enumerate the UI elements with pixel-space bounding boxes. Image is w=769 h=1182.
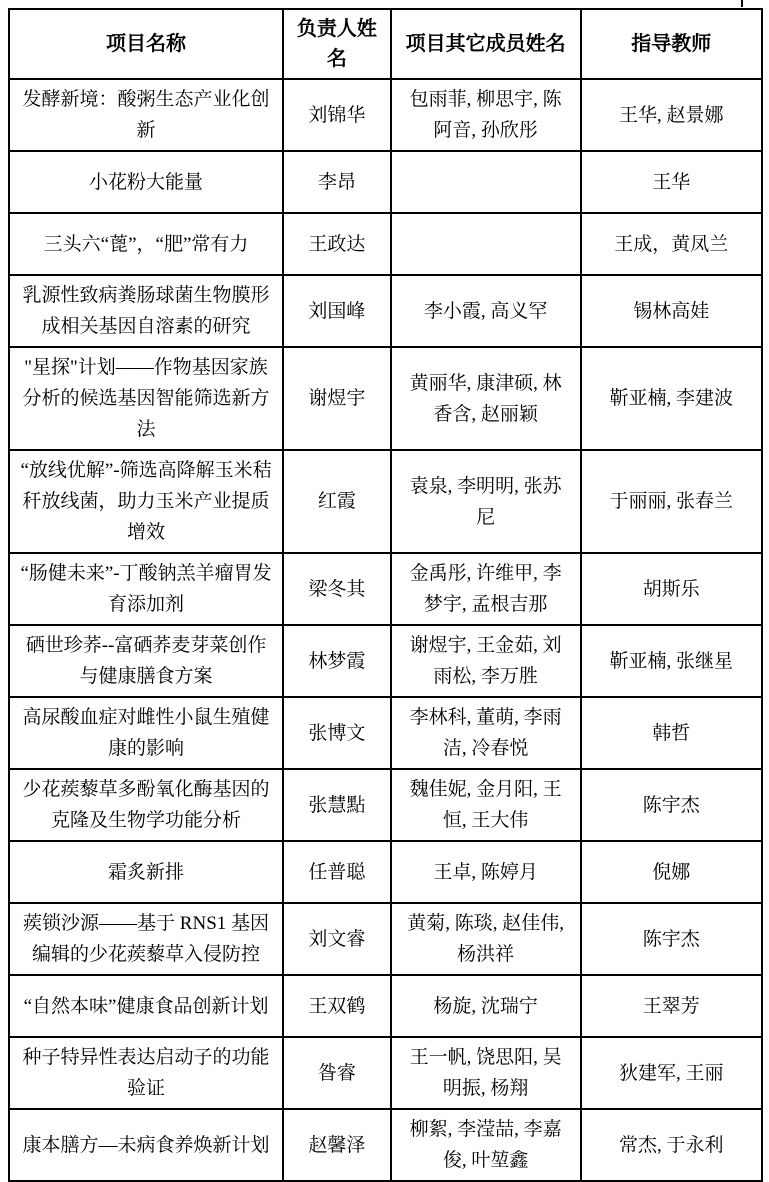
table-row: 三头六“蓖”，“肥”常有力王政达王成，黄凤兰 [9, 213, 762, 275]
project-name-cell: 小花粉大能量 [9, 151, 283, 213]
project-name-cell: "星探"计划——作物基因家族分析的候选基因智能筛选新方法 [9, 347, 283, 450]
project-name-cell: 三头六“蓖”，“肥”常有力 [9, 213, 283, 275]
leader-name-cell: 赵馨泽 [283, 1109, 391, 1181]
table-row: "星探"计划——作物基因家族分析的候选基因智能筛选新方法谢煜宇黄丽华, 康津硕,… [9, 347, 762, 450]
table-row: 高尿酸血症对雌性小鼠生殖健康的影响张博文李林科, 董萌, 李雨洁, 冷春悦韩哲 [9, 697, 762, 769]
advisors-cell: 靳亚楠, 李建波 [581, 347, 763, 450]
table-row: 发酵新境：酸粥生态产业化创新刘锦华包雨菲, 柳思宇, 陈阿音, 孙欣彤王华, 赵… [9, 79, 762, 151]
project-name-cell: 硒世珍荞--富硒荞麦芽菜创作与健康膳食方案 [9, 625, 283, 697]
table-row: “自然本味”健康食品创新计划王双鹤杨旋, 沈瑞宁王翠芳 [9, 975, 762, 1037]
members-cell: 黄丽华, 康津硕, 林香含, 赵丽颖 [391, 347, 581, 450]
leader-name-cell: 谢煜宇 [283, 347, 391, 450]
table-row: 康本膳方—未病食养焕新计划赵馨泽柳絮, 李滢喆, 李嘉俊, 叶堃鑫常杰, 于永利 [9, 1109, 762, 1181]
leader-name-cell: 任普聪 [283, 841, 391, 903]
leader-name-cell: 王双鹤 [283, 975, 391, 1037]
leader-name-cell: 刘国峰 [283, 275, 391, 347]
page-crop-artifact [741, 0, 743, 7]
table-row: “放线优解”-筛选高降解玉米秸秆放线菌，助力玉米产业提质增效红霞袁泉, 李明明,… [9, 450, 762, 553]
advisors-cell: 锡林高娃 [581, 275, 763, 347]
project-name-cell: 少花蒺藜草多酚氧化酶基因的克隆及生物学功能分析 [9, 769, 283, 841]
members-cell: 袁泉, 李明明, 张苏尼 [391, 450, 581, 553]
leader-name-cell: 李昂 [283, 151, 391, 213]
leader-name-cell: 张博文 [283, 697, 391, 769]
advisors-cell: 靳亚楠, 张继星 [581, 625, 763, 697]
project-name-cell: 霜炙新排 [9, 841, 283, 903]
members-cell [391, 213, 581, 275]
advisors-cell: 陈宇杰 [581, 769, 763, 841]
advisors-cell: 狄建军, 王丽 [581, 1037, 763, 1109]
project-list-table: 项目名称 负责人姓名 项目其它成员姓名 指导教师 发酵新境：酸粥生态产业化创新刘… [8, 8, 763, 1182]
advisors-cell: 胡斯乐 [581, 553, 763, 625]
project-name-cell: 乳源性致病粪肠球菌生物膜形成相关基因自溶素的研究 [9, 275, 283, 347]
project-name-cell: 发酵新境：酸粥生态产业化创新 [9, 79, 283, 151]
project-name-cell: 种子特异性表达启动子的功能验证 [9, 1037, 283, 1109]
header-project-name: 项目名称 [9, 9, 283, 79]
leader-name-cell: 红霞 [283, 450, 391, 553]
project-name-cell: 蒺锁沙源——基于 RNS1 基因编辑的少花蒺藜草入侵防控 [9, 903, 283, 975]
leader-name-cell: 张慧點 [283, 769, 391, 841]
members-cell: 王一帆, 饶思阳, 吴明振, 杨翔 [391, 1037, 581, 1109]
advisors-cell: 王华 [581, 151, 763, 213]
members-cell: 魏佳妮, 金月阳, 王恒, 王大伟 [391, 769, 581, 841]
project-name-cell: “自然本味”健康食品创新计划 [9, 975, 283, 1037]
project-name-cell: “放线优解”-筛选高降解玉米秸秆放线菌，助力玉米产业提质增效 [9, 450, 283, 553]
header-advisors: 指导教师 [581, 9, 763, 79]
header-leader-name: 负责人姓名 [283, 9, 391, 79]
table-row: 硒世珍荞--富硒荞麦芽菜创作与健康膳食方案林梦霞谢煜宇, 王金茹, 刘雨松, 李… [9, 625, 762, 697]
members-cell [391, 151, 581, 213]
advisors-cell: 王华, 赵景娜 [581, 79, 763, 151]
leader-name-cell: 林梦霞 [283, 625, 391, 697]
leader-name-cell: 昝睿 [283, 1037, 391, 1109]
table-header-row: 项目名称 负责人姓名 项目其它成员姓名 指导教师 [9, 9, 762, 79]
advisors-cell: 王成，黄凤兰 [581, 213, 763, 275]
members-cell: 杨旋, 沈瑞宁 [391, 975, 581, 1037]
advisors-cell: 陈宇杰 [581, 903, 763, 975]
project-name-cell: 高尿酸血症对雌性小鼠生殖健康的影响 [9, 697, 283, 769]
project-name-cell: “肠健未来”-丁酸钠羔羊瘤胃发育添加剂 [9, 553, 283, 625]
members-cell: 李小霞, 高义罕 [391, 275, 581, 347]
members-cell: 黄菊, 陈琰, 赵佳伟, 杨洪祥 [391, 903, 581, 975]
leader-name-cell: 刘锦华 [283, 79, 391, 151]
leader-name-cell: 梁冬其 [283, 553, 391, 625]
table-row: 蒺锁沙源——基于 RNS1 基因编辑的少花蒺藜草入侵防控刘文睿黄菊, 陈琰, 赵… [9, 903, 762, 975]
table-row: 少花蒺藜草多酚氧化酶基因的克隆及生物学功能分析张慧點魏佳妮, 金月阳, 王恒, … [9, 769, 762, 841]
project-name-cell: 康本膳方—未病食养焕新计划 [9, 1109, 283, 1181]
members-cell: 金禹彤, 许维甲, 李梦宇, 孟根吉那 [391, 553, 581, 625]
members-cell: 包雨菲, 柳思宇, 陈阿音, 孙欣彤 [391, 79, 581, 151]
members-cell: 谢煜宇, 王金茹, 刘雨松, 李万胜 [391, 625, 581, 697]
leader-name-cell: 王政达 [283, 213, 391, 275]
members-cell: 李林科, 董萌, 李雨洁, 冷春悦 [391, 697, 581, 769]
leader-name-cell: 刘文睿 [283, 903, 391, 975]
advisors-cell: 于丽丽, 张春兰 [581, 450, 763, 553]
table-row: 小花粉大能量李昂王华 [9, 151, 762, 213]
advisors-cell: 常杰, 于永利 [581, 1109, 763, 1181]
table-row: 乳源性致病粪肠球菌生物膜形成相关基因自溶素的研究刘国峰李小霞, 高义罕锡林高娃 [9, 275, 762, 347]
table-row: 种子特异性表达启动子的功能验证昝睿王一帆, 饶思阳, 吴明振, 杨翔狄建军, 王… [9, 1037, 762, 1109]
table-row: 霜炙新排任普聪王卓, 陈婷月倪娜 [9, 841, 762, 903]
advisors-cell: 王翠芳 [581, 975, 763, 1037]
advisors-cell: 韩哲 [581, 697, 763, 769]
table-body: 发酵新境：酸粥生态产业化创新刘锦华包雨菲, 柳思宇, 陈阿音, 孙欣彤王华, 赵… [9, 79, 762, 1181]
header-other-members: 项目其它成员姓名 [391, 9, 581, 79]
advisors-cell: 倪娜 [581, 841, 763, 903]
table-row: “肠健未来”-丁酸钠羔羊瘤胃发育添加剂梁冬其金禹彤, 许维甲, 李梦宇, 孟根吉… [9, 553, 762, 625]
members-cell: 柳絮, 李滢喆, 李嘉俊, 叶堃鑫 [391, 1109, 581, 1181]
members-cell: 王卓, 陈婷月 [391, 841, 581, 903]
